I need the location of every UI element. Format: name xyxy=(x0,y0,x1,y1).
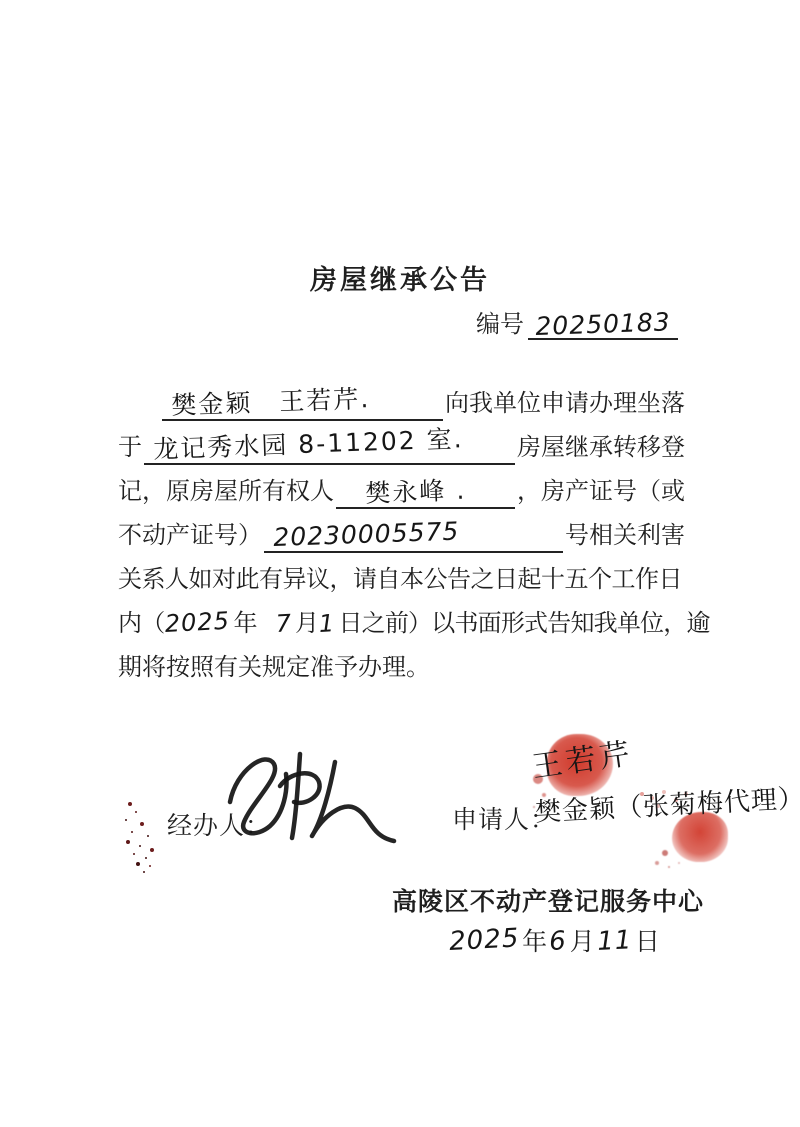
co-applicant-signature-handwritten: 王若芹 xyxy=(529,728,636,786)
owner-name-handwritten: 樊永峰 . xyxy=(365,473,467,511)
date-year-unit: 年 xyxy=(522,922,548,958)
body-line-5: 关系人如对此有异议，请自本公告之日起十五个工作日 xyxy=(118,558,685,602)
address-blank: 龙记秀水园 8-11202 室. xyxy=(144,427,515,465)
line2-printed-text: 房屋继承转移登 xyxy=(517,426,685,470)
line2-prefix: 于 xyxy=(118,426,142,470)
first-line-indent xyxy=(118,382,160,426)
applicant-names-blank: 樊金颖 王若芹. xyxy=(162,383,443,421)
line4-prefix: 不动产证号） xyxy=(118,514,262,558)
line1-printed-text: 向我单位申请办理坐落 xyxy=(445,382,685,426)
body-line-1: 樊金颖 王若芹. 向我单位申请办理坐落 xyxy=(118,382,685,426)
line3-suffix: ，房产证号（或 xyxy=(517,470,685,514)
body-line-4: 不动产证号） 20230005575 号相关利害 xyxy=(118,514,685,558)
owner-name-blank: 樊永峰 . xyxy=(336,471,515,509)
date-year-handwritten: 2025 xyxy=(448,923,520,957)
line7-text: 期将按照有关规定准予办理。 xyxy=(118,646,430,690)
issue-date-row: 2025 年 6 月 11 日 xyxy=(448,922,661,958)
date-day-unit: 日 xyxy=(635,922,661,958)
applicant-names-handwritten: 樊金颖 王若芹. xyxy=(171,382,371,423)
number-blank-line: 20250183 xyxy=(528,308,678,340)
document-number-row: 编号 20250183 xyxy=(476,308,678,340)
line6-month-unit: 月 xyxy=(295,602,318,646)
certificate-number-blank: 20230005575 xyxy=(264,515,563,553)
line5-text: 关系人如对此有异议，请自本公告之日起十五个工作日 xyxy=(118,558,682,602)
date-day-handwritten: 11 xyxy=(596,925,633,957)
document-page: 房屋继承公告 编号 20250183 樊金颖 王若芹. 向我单位申请办理坐落 于… xyxy=(0,0,800,1127)
body-paragraph: 樊金颖 王若芹. 向我单位申请办理坐落 于 龙记秀水园 8-11202 室. 房… xyxy=(118,382,685,690)
line3-prefix: 记，原房屋所有权人 xyxy=(118,470,334,514)
body-line-6: 内（ 2025 年 7 月 1 日之前）以书面形式告知我单位，逾 xyxy=(118,602,685,646)
line4-suffix: 号相关利害 xyxy=(565,514,685,558)
deadline-year-handwritten: 2025 xyxy=(164,599,231,646)
line6-gap xyxy=(257,602,275,646)
body-line-3: 记，原房屋所有权人 樊永峰 . ，房产证号（或 xyxy=(118,470,685,514)
address-handwritten: 龙记秀水园 8-11202 室. xyxy=(153,422,464,467)
deadline-day-handwritten: 1 xyxy=(318,601,337,646)
organization-name: 高陵区不动产登记服务中心 xyxy=(392,882,704,918)
handler-signature-scribble xyxy=(222,744,402,854)
certificate-number-handwritten: 20230005575 xyxy=(273,515,460,555)
page-title: 房屋继承公告 xyxy=(0,258,800,297)
line6-suffix: 日之前）以书面形式告知我单位，逾 xyxy=(338,602,709,646)
ink-speckle-marks xyxy=(128,802,132,806)
date-month-handwritten: 6 xyxy=(549,926,568,957)
line6-prefix: 内（ xyxy=(118,602,164,646)
number-label: 编号 xyxy=(476,310,524,340)
body-line-2: 于 龙记秀水园 8-11202 室. 房屋继承转移登 xyxy=(118,426,685,470)
number-value-handwritten: 20250183 xyxy=(535,307,671,341)
date-month-unit: 月 xyxy=(570,922,596,958)
deadline-month-handwritten: 7 xyxy=(274,601,293,646)
line6-year-unit: 年 xyxy=(233,602,256,646)
body-line-7: 期将按照有关规定准予办理。 xyxy=(118,646,685,690)
